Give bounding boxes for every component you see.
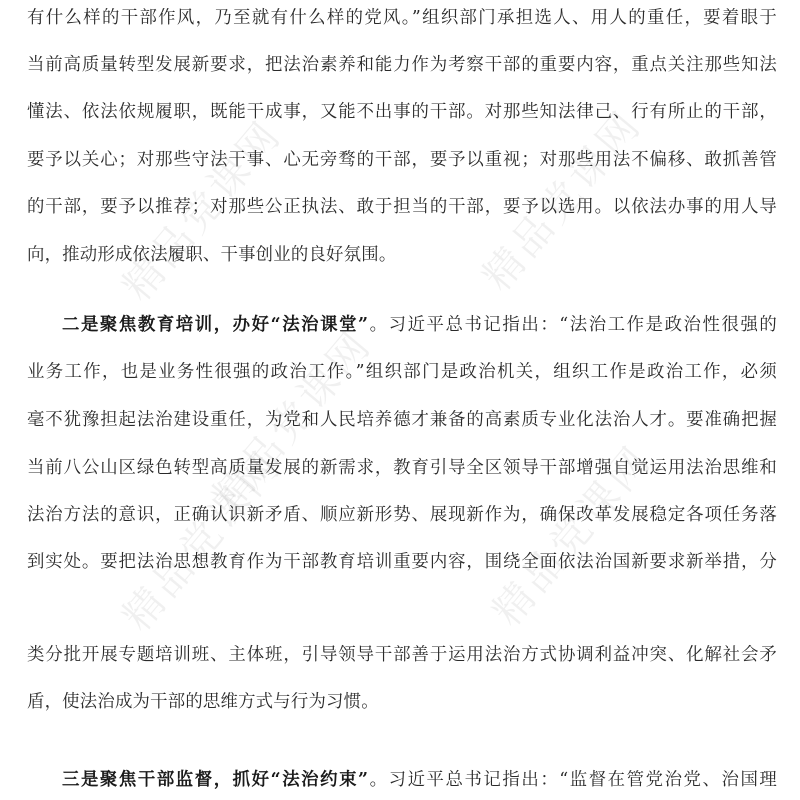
- text-line: 类分批开展专题培训班、主体班，引导领导干部善于运用法治方式协调利益冲突、化解社会…: [27, 643, 777, 667]
- text-line: 业务工作，也是业务性很强的政治工作。”组织部门是政治机关，组织工作是政治工作，必…: [27, 360, 777, 384]
- text-line: 三是聚焦干部监督，抓好“法治约束”。习近平总书记指出：“监督在管党治党、治国理: [62, 768, 777, 792]
- text-line: 盾，使法治成为干部的思维方式与行为习惯。: [27, 690, 777, 714]
- text-run: 。习近平总书记指出：“法治工作是政治性很强的: [368, 315, 777, 335]
- text-line: 毫不犹豫担起法治建设重任，为党和人民培养德才兼备的高素质专业化法治人才。要准确把…: [27, 408, 777, 432]
- section-heading: 二是聚焦教育培训，办好“法治课堂”: [62, 315, 368, 335]
- text-line: 懂法、依法依规履职，既能干成事，又能不出事的干部。对那些知法律己、行有所止的干部…: [27, 100, 777, 124]
- text-run: 。习近平总书记指出：“监督在管党治党、治国理: [368, 770, 777, 790]
- text-line: 二是聚焦教育培训，办好“法治课堂”。习近平总书记指出：“法治工作是政治性很强的: [62, 313, 777, 337]
- text-line: 要予以关心；对那些守法干事、心无旁骛的干部，要予以重视；对那些用法不偏移、敢抓善…: [27, 148, 777, 172]
- text-line: 到实处。要把法治思想教育作为干部教育培训重要内容，围绕全面依法治国新要求新举措，…: [27, 550, 777, 574]
- text-line: 向，推动形成依法履职、干事创业的良好氛围。: [27, 243, 777, 267]
- text-line: 当前高质量转型发展新要求，把法治素养和能力作为考察干部的重要内容，重点关注那些知…: [27, 53, 777, 77]
- section-heading: 三是聚焦干部监督，抓好“法治约束”: [62, 770, 368, 790]
- text-line: 有什么样的干部作风，乃至就有什么样的党风。”组织部门承担选人、用人的重任，要着眼…: [27, 6, 777, 30]
- text-line: 当前八公山区绿色转型高质量发展的新需求，教育引导全区领导干部增强自觉运用法治思维…: [27, 456, 777, 480]
- text-line: 法治方法的意识，正确认识新矛盾、顺应新形势、展现新作为，确保改革发展稳定各项任务…: [27, 503, 777, 527]
- text-line: 的干部，要予以推荐；对那些公正执法、敢于担当的干部，要予以选用。以依法办事的用人…: [27, 195, 777, 219]
